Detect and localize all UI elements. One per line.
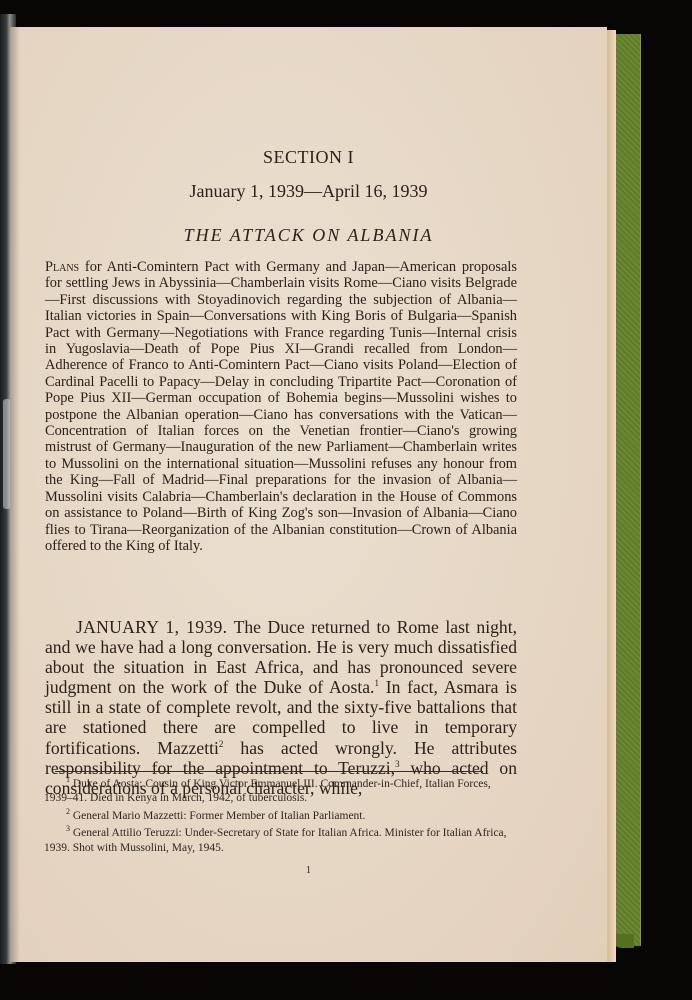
book-page: SECTION I January 1, 1939—April 16, 1939… — [10, 27, 607, 962]
footnote-text-2: General Mario Mazzetti: Former Member of… — [70, 810, 365, 822]
summary-text: for Anti-Comintern Pact with Germany and… — [45, 259, 517, 554]
entry-dateline: JANUARY 1, 1939. — [76, 617, 227, 637]
footnote-3: 3 General Attilio Teruzzi: Under-Secreta… — [44, 826, 518, 855]
footnote-2: 2 General Mario Mazzetti: Former Member … — [44, 809, 518, 823]
section-title: SECTION I — [10, 147, 607, 168]
date-range: January 1, 1939—April 16, 1939 — [10, 181, 607, 202]
footnote-divider — [55, 771, 483, 772]
summary-lead-word: Plans — [45, 259, 79, 275]
footnote-text-3: General Attilio Teruzzi: Under-Secretary… — [44, 827, 507, 853]
footnote-1: 1 Duke of Aosta: Cousin of King Victor E… — [44, 777, 518, 806]
page-number: 1 — [10, 865, 607, 876]
green-cloth-binding — [612, 34, 641, 946]
chapter-summary: Plans for Anti-Comintern Pact with Germa… — [45, 259, 517, 554]
footnotes: 1 Duke of Aosta: Cousin of King Victor E… — [44, 777, 518, 858]
footnote-text-1: Duke of Aosta: Cousin of King Victor Emm… — [44, 778, 491, 804]
chapter-title: THE ATTACK ON ALBANIA — [10, 225, 607, 246]
